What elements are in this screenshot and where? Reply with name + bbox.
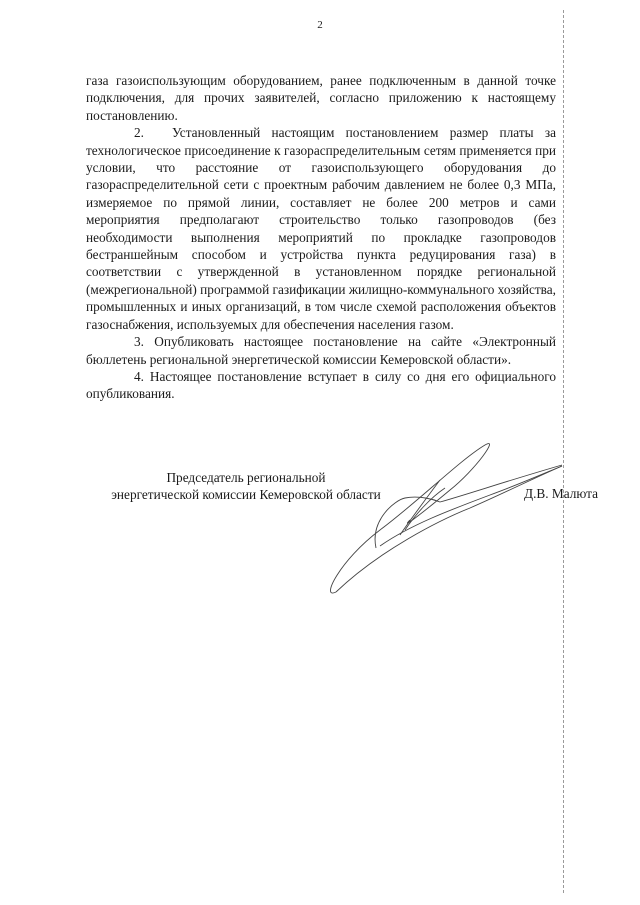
- document-body: газа газоиспользующим оборудованием, ран…: [86, 72, 556, 403]
- clause-number: 2.: [134, 125, 144, 140]
- clause-text: Настоящее постановление вступает в силу …: [86, 369, 556, 401]
- scan-crop-line: [563, 10, 564, 893]
- clause-number: 4.: [134, 369, 144, 384]
- clause-4: 4. Настоящее постановление вступает в си…: [86, 368, 556, 403]
- clause-text: Установленный настоящим постановлением р…: [86, 125, 556, 331]
- clause-text: Опубликовать настоящее постановление на …: [86, 334, 556, 366]
- continuation-paragraph: газа газоиспользующим оборудованием, ран…: [86, 72, 556, 124]
- page-number: 2: [0, 19, 640, 31]
- clause-3: 3. Опубликовать настоящее постановление …: [86, 333, 556, 368]
- clause-2: 2.Установленный настоящим постановлением…: [86, 124, 556, 333]
- handwritten-signature: [300, 440, 570, 610]
- clause-number: 3.: [134, 334, 144, 349]
